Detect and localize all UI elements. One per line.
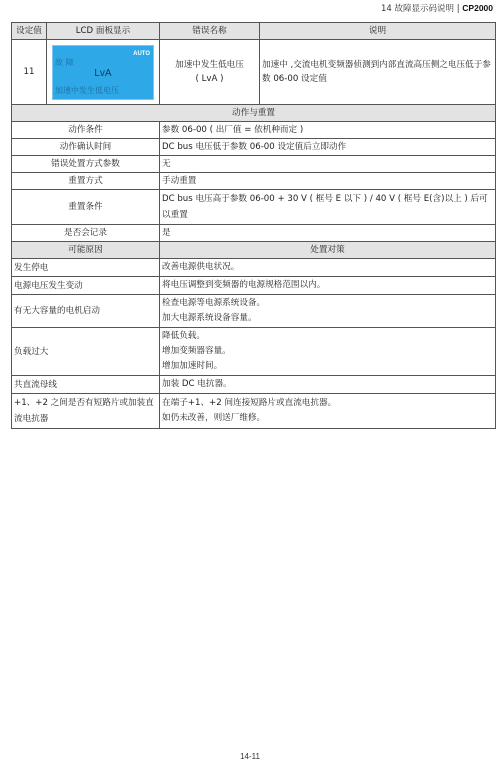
lcd-line2: LvA (53, 67, 153, 81)
cause-header-row: 可能原因 处置对策 (12, 242, 496, 259)
measure-item: 改善电源供电状况。 (162, 260, 493, 275)
fault-table: 设定值 LCD 面板显示 错误名称 说明 11 AUTO 故 障 LvA 加速中… (11, 22, 496, 429)
fault-name: 加速中发生低电压 ( LvA ) (160, 40, 260, 105)
lcd-auto-label: AUTO (133, 47, 150, 61)
lcd-line3: 加速中发生低电压 (55, 84, 119, 98)
action-row: 动作确认时间 DC bus 电压低于参数 06-00 设定值后立即动作 (12, 139, 496, 156)
action-label: 错误处置方式参数 (12, 156, 160, 173)
cause: 电源电压发生变动 (12, 277, 160, 295)
fault-code: 11 (12, 40, 47, 105)
lcd-cell: AUTO 故 障 LvA 加速中发生低电压 (47, 40, 160, 105)
measures: 将电压调整到变频器的电源规格范围以内。 (160, 277, 496, 295)
action-value: DC bus 电压高于参数 06-00 + 30 V ( 框号 E 以下 ) /… (160, 190, 496, 225)
measure-item: 增加加速时间。 (162, 359, 493, 374)
cause: +1、+2 之间是否有短路片或加装直流电抗器 (12, 394, 160, 429)
lcd-panel: AUTO 故 障 LvA 加速中发生低电压 (52, 45, 154, 100)
action-section-row: 动作与重置 (12, 105, 496, 122)
action-label: 动作确认时间 (12, 139, 160, 156)
header-separator: | (457, 4, 460, 14)
fault-description: 加速中 ,交流电机变频器侦测到内部直流高压侧之电压低于参数 06-00 设定值 (260, 40, 496, 105)
cause: 共直流母线 (12, 376, 160, 394)
action-row: 错误处置方式参数 无 (12, 156, 496, 173)
measure-item: 在端子+1、+2 间连接短路片或直流电抗器。 (162, 396, 493, 411)
measures: 改善电源供电状况。 (160, 259, 496, 277)
action-row: 动作条件 参数 06-00 ( 出厂值 = 依机种而定 ) (12, 122, 496, 139)
action-row: 重置方式 手动重置 (12, 173, 496, 190)
cause: 发生停电 (12, 259, 160, 277)
model-name: CP2000 (462, 3, 493, 13)
cause-header: 可能原因 (12, 242, 160, 259)
measure-item: 将电压调整到变频器的电源规格范围以内。 (162, 278, 493, 293)
action-row: 是否会记录 是 (12, 225, 496, 242)
measure-item: 增加变频器容量。 (162, 344, 493, 359)
chapter-title: 14 故障显示码说明 (381, 4, 454, 14)
cause-row: 共直流母线 加装 DC 电抗器。 (12, 376, 496, 394)
action-value: DC bus 电压低于参数 06-00 设定值后立即动作 (160, 139, 496, 156)
action-label: 重置条件 (12, 190, 160, 225)
action-label: 重置方式 (12, 173, 160, 190)
action-label: 是否会记录 (12, 225, 160, 242)
fault-name-line1: 加速中发生低电压 (162, 58, 257, 72)
action-value: 手动重置 (160, 173, 496, 190)
measures: 加装 DC 电抗器。 (160, 376, 496, 394)
measure-item: 检查电源等电源系统设备。 (162, 296, 493, 311)
col-setting-value: 设定值 (12, 23, 47, 40)
measures: 在端子+1、+2 间连接短路片或直流电抗器。 如仍未改善，则送厂维修。 (160, 394, 496, 429)
action-row: 重置条件 DC bus 电压高于参数 06-00 + 30 V ( 框号 E 以… (12, 190, 496, 225)
measure-item: 加大电源系统设备容量。 (162, 311, 493, 326)
action-value: 是 (160, 225, 496, 242)
page-number: 14-11 (0, 752, 500, 761)
cause-row: 有无大容量的电机启动 检查电源等电源系统设备。 加大电源系统设备容量。 (12, 295, 496, 328)
col-description: 说明 (260, 23, 496, 40)
cause-row: 发生停电 改善电源供电状况。 (12, 259, 496, 277)
cause-row: +1、+2 之间是否有短路片或加装直流电抗器 在端子+1、+2 间连接短路片或直… (12, 394, 496, 429)
cause: 有无大容量的电机启动 (12, 295, 160, 328)
page-header: 14 故障显示码说明 | CP2000 (381, 2, 493, 14)
measures: 降低负载。 增加变频器容量。 增加加速时间。 (160, 328, 496, 376)
table-header-row: 设定值 LCD 面板显示 错误名称 说明 (12, 23, 496, 40)
measure-item: 如仍未改善，则送厂维修。 (162, 411, 493, 426)
measures: 检查电源等电源系统设备。 加大电源系统设备容量。 (160, 295, 496, 328)
measure-header: 处置对策 (160, 242, 496, 259)
action-value: 无 (160, 156, 496, 173)
cause: 负载过大 (12, 328, 160, 376)
measure-item: 降低负载。 (162, 329, 493, 344)
cause-row: 负载过大 降低负载。 增加变频器容量。 增加加速时间。 (12, 328, 496, 376)
col-lcd-display: LCD 面板显示 (47, 23, 160, 40)
action-section-title: 动作与重置 (12, 105, 496, 122)
col-error-name: 错误名称 (160, 23, 260, 40)
fault-row: 11 AUTO 故 障 LvA 加速中发生低电压 加速中发生低电压 ( LvA … (12, 40, 496, 105)
action-label: 动作条件 (12, 122, 160, 139)
fault-name-line2: ( LvA ) (162, 72, 257, 86)
measure-item: 加装 DC 电抗器。 (162, 377, 493, 392)
action-value: 参数 06-00 ( 出厂值 = 依机种而定 ) (160, 122, 496, 139)
cause-row: 电源电压发生变动 将电压调整到变频器的电源规格范围以内。 (12, 277, 496, 295)
